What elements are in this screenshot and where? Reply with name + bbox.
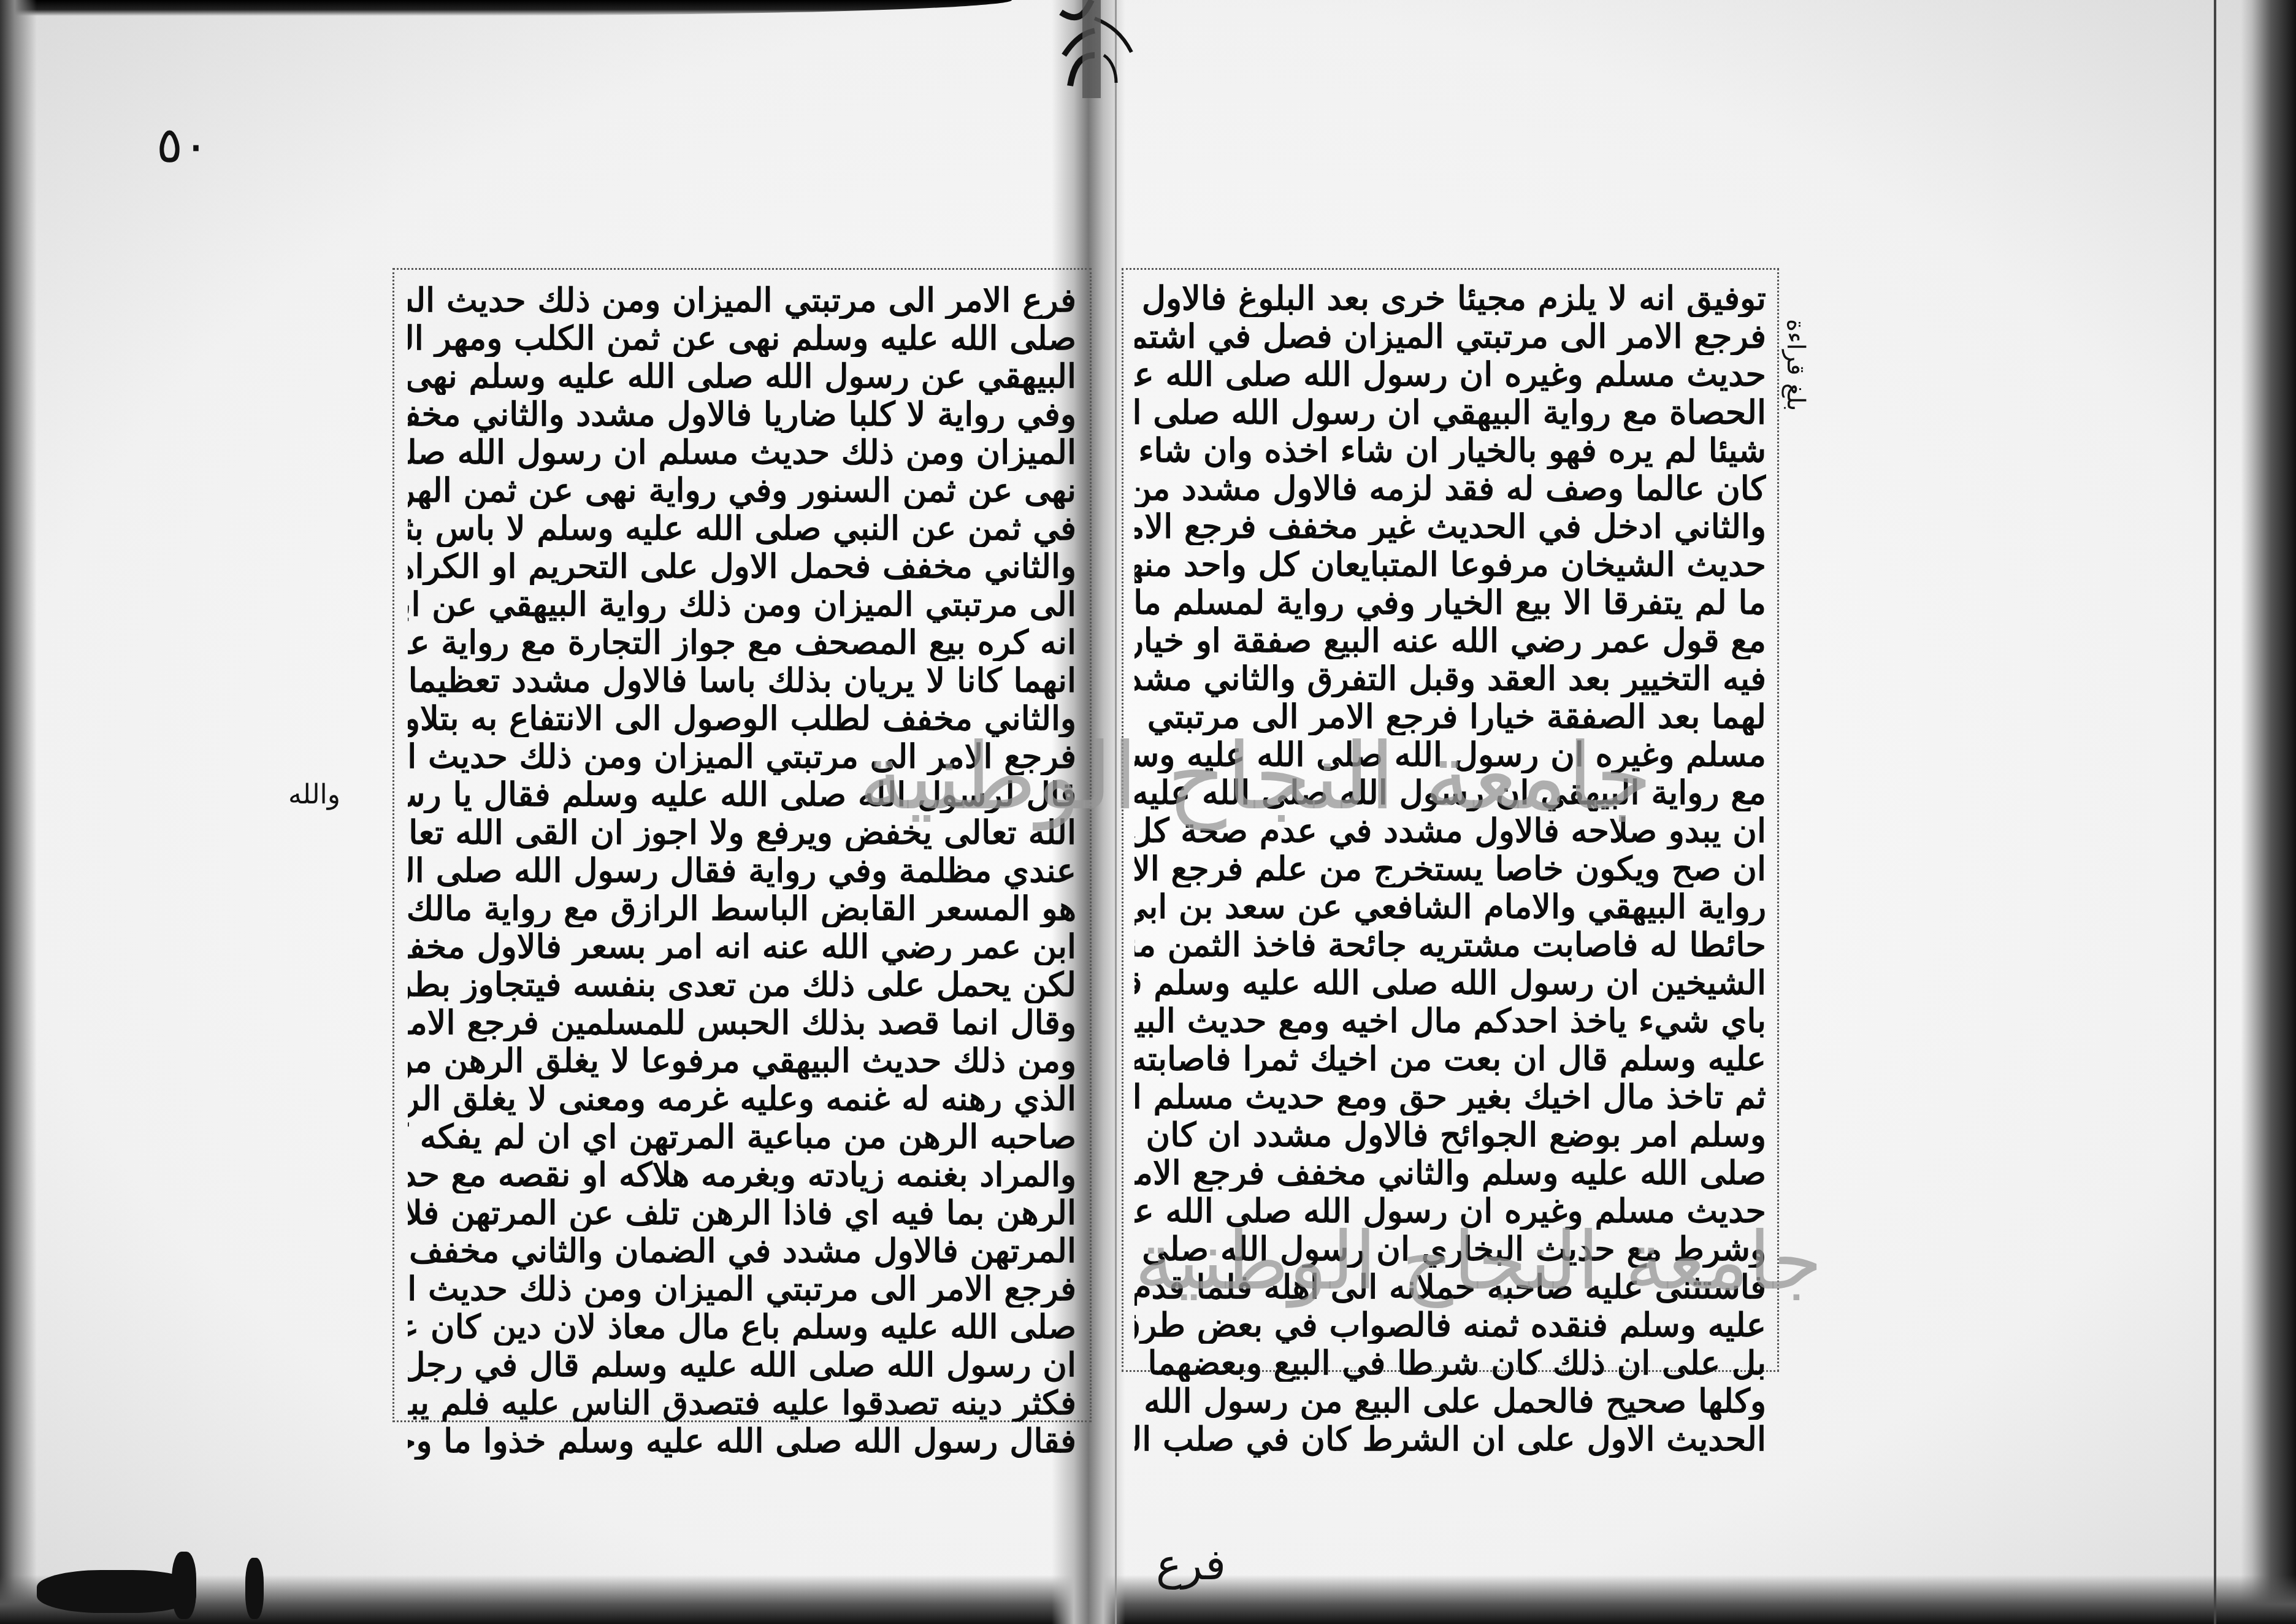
top-shadow (0, 0, 1012, 16)
manuscript-line: وقال انما قصد بذلك الحبس للمسلمين فرجع ا… (408, 1003, 1076, 1041)
left-page-edge (0, 0, 37, 1624)
manuscript-line: حائطا له فاصابت مشتريه جائحة فاخذ الثمن … (1135, 925, 1766, 963)
manuscript-line: المرتهن فالاول مشدد في الضمان والثاني مخ… (408, 1231, 1076, 1270)
manuscript-line: الحديث الاول على ان الشرط كان في صلب الع… (1135, 1420, 1766, 1458)
manuscript-line: ان صح ويكون خاصا يستخرج من علم فرجع الام… (1135, 849, 1766, 887)
manuscript-line: في ثمن عن النبي صلى الله عليه وسلم لا با… (408, 509, 1076, 547)
manuscript-line: عليه وسلم فنقده ثمنه فالصواب في بعض طرق … (1135, 1306, 1766, 1344)
manuscript-line: فرع الامر الى مرتبتي الميزان ومن ذلك حدي… (408, 281, 1076, 319)
manuscript-line: الى مرتبتي الميزان ومن ذلك رواية البيهقي… (408, 585, 1076, 623)
manuscript-line: فكثر دينه تصدقوا عليه فتصدق الناس عليه ف… (408, 1384, 1076, 1422)
manuscript-line: الذي رهنه له غنمه وعليه غرمه ومعنى لا يغ… (408, 1079, 1076, 1117)
manuscript-line: حديث الشيخان مرفوعا المتبايعان كل واحد م… (1135, 545, 1766, 583)
manuscript-line: شيئا لم يره فهو بالخيار ان شاء اخذه وان … (1135, 431, 1766, 469)
manuscript-line: باي شيء ياخذ احدكم مال اخيه ومع حديث الب… (1135, 1002, 1766, 1040)
ink-smudge (172, 1552, 196, 1619)
manuscript-line: حديث مسلم وغيره ان رسول الله صلى الله عل… (1135, 355, 1766, 393)
manuscript-line: انهما كانا لا يريان بذلك باسا فالاول مشد… (408, 661, 1076, 699)
manuscript-line: ما لم يتفرقا الا بيع الخيار وفي رواية لم… (1135, 583, 1766, 621)
manuscript-line: صلى الله عليه وسلم نهى عن ثمن الكلب ومهر… (408, 319, 1076, 357)
manuscript-line: نهى عن ثمن السنور وفي رواية نهى عن ثمن ا… (408, 471, 1076, 509)
manuscript-line: مسلم وغيره ان رسول الله صلى الله عليه وس… (1135, 735, 1766, 773)
manuscript-line: صاحبه الرهن من مباعية المرتهن اي ان لم ي… (408, 1117, 1076, 1155)
manuscript-line: توفيق انه لا يلزم مجيئا خرى بعد البلوغ ف… (1135, 279, 1766, 317)
manuscript-line: فرجع الامر الى مرتبتي الميزان فصل في اشت… (1135, 317, 1766, 355)
folio-number: ٥٠ (156, 117, 209, 174)
manuscript-line: الميزان ومن ذلك حديث مسلم ان رسول الله ص… (408, 433, 1076, 471)
manuscript-line: وشرط مع حديث البخاري ان رسول الله صلى ال… (1135, 1230, 1766, 1268)
manuscript-line: كان عالما وصف له فقد لزمه فالاول مشدد من… (1135, 469, 1766, 507)
manuscript-line: لهما بعد الصفقة خيارا فرجع الامر الى مرت… (1135, 697, 1766, 735)
right-margin-note: بلغ قراءة (1781, 319, 1810, 411)
manuscript-line: ثم تاخذ مال اخيك بغير حق ومع حديث مسلم ا… (1135, 1078, 1766, 1116)
gutter-line (1115, 0, 1117, 1624)
manuscript-line: هو المسعر القابض الباسط الرازق مع رواية … (408, 889, 1076, 927)
manuscript-line: ان رسول الله صلى الله عليه وسلم قال في ر… (408, 1346, 1076, 1384)
manuscript-line: قال لرسول الله صلى الله عليه وسلم فقال ي… (408, 775, 1076, 813)
manuscript-line: مع رواية البيهقي ان رسول الله صلى الله ع… (1135, 773, 1766, 811)
manuscript-line: الرهن بما فيه اي فاذا الرهن تلف عن المرت… (408, 1193, 1076, 1231)
catchword: فرع (1156, 1539, 1226, 1590)
manuscript-line: والثاني مخفف فحمل الاول على التحريم او ا… (408, 547, 1076, 585)
manuscript-line: مع قول عمر رضي الله عنه البيع صفقة او خي… (1135, 621, 1766, 659)
manuscript-line: ابن عمر رضي الله عنه انه امر بسعر فالاول… (408, 927, 1076, 965)
manuscript-line: والمراد بغنمه زيادته وبغرمه هلاكه او نقص… (408, 1155, 1076, 1193)
manuscript-line: فيه التخيير بعد العقد وقبل التفرق والثان… (1135, 659, 1766, 697)
manuscript-line: فرجع الامر الى مرتبتي الميزان ومن ذلك حد… (408, 737, 1076, 775)
page-edge-line (2214, 0, 2216, 1624)
ink-smudge (245, 1558, 264, 1619)
manuscript-line: الشيخين ان رسول الله صلى الله عليه وسلم … (1135, 963, 1766, 1002)
left-page-text: فرع الامر الى مرتبتي الميزان ومن ذلك حدي… (408, 281, 1076, 1460)
manuscript-line: فاستثنى عليه صاحبه حملانه الى اهله فلما … (1135, 1268, 1766, 1306)
manuscript-line: عليه وسلم قال ان بعت من اخيك ثمرا فاصابت… (1135, 1040, 1766, 1078)
manuscript-line: لكن يحمل على ذلك من تعدى بنفسه فيتجاوز ب… (408, 965, 1076, 1003)
manuscript-line: حديث مسلم وغيره ان رسول الله صلى الله عل… (1135, 1192, 1766, 1230)
manuscript-line: والثاني مخفف لطلب الوصول الى الانتفاع به… (408, 699, 1076, 737)
manuscript-line: فقال رسول الله صلى الله عليه وسلم خذوا م… (408, 1422, 1076, 1460)
manuscript-line: رواية البيهقي والامام الشافعي عن سعد بن … (1135, 887, 1766, 925)
manuscript-line: ان يبدو صلاحه فالاول مشدد في عدم صحة كل … (1135, 811, 1766, 849)
manuscript-line: والثاني ادخل في الحديث غير مخفف فرجع الا… (1135, 507, 1766, 545)
manuscript-line: عندي مظلمة وفي رواية فقال رسول الله صلى … (408, 851, 1076, 889)
manuscript-line: صلى الله عليه وسلم باع مال معاذ لان دين … (408, 1308, 1076, 1346)
manuscript-line: البيهقي عن رسول الله صلى الله عليه وسلم … (408, 357, 1076, 395)
manuscript-line: بل على ان ذلك كان شرطا في البيع وبعضهما … (1135, 1344, 1766, 1382)
left-margin-note: والله (288, 779, 340, 810)
manuscript-line: الله تعالى يخفض ويرفع ولا اجوز ان القى ا… (408, 813, 1076, 851)
right-page-text: توفيق انه لا يلزم مجيئا خرى بعد البلوغ ف… (1135, 279, 1766, 1458)
manuscript-line: صلى الله عليه وسلم والثاني مخفف فرجع الا… (1135, 1154, 1766, 1192)
manuscript-line: ومن ذلك حديث البيهقي مرفوعا لا يغلق الره… (408, 1041, 1076, 1079)
manuscript-line: وكلها صحيح فالحمل على البيع من رسول الله… (1135, 1382, 1766, 1420)
manuscript-line: وفي رواية لا كلبا ضاريا فالاول مشدد والث… (408, 395, 1076, 433)
manuscript-line: وسلم امر بوضع الجوائح فالاول مشدد ان كان… (1135, 1116, 1766, 1154)
manuscript-line: فرجع الامر الى مرتبتي الميزان ومن ذلك حد… (408, 1270, 1076, 1308)
binding-ornament-icon (1036, 0, 1141, 98)
right-page-edge (2241, 0, 2296, 1624)
manuscript-line: الحصاة مع رواية البيهقي ان رسول الله صلى… (1135, 393, 1766, 431)
manuscript-scan: ٥٠ فرع الامر الى مرتبتي الميزان ومن ذلك … (0, 0, 2296, 1624)
manuscript-line: انه كره بيع المصحف مع جواز التجارة مع رو… (408, 623, 1076, 661)
bottom-page-edge (0, 1575, 2296, 1624)
